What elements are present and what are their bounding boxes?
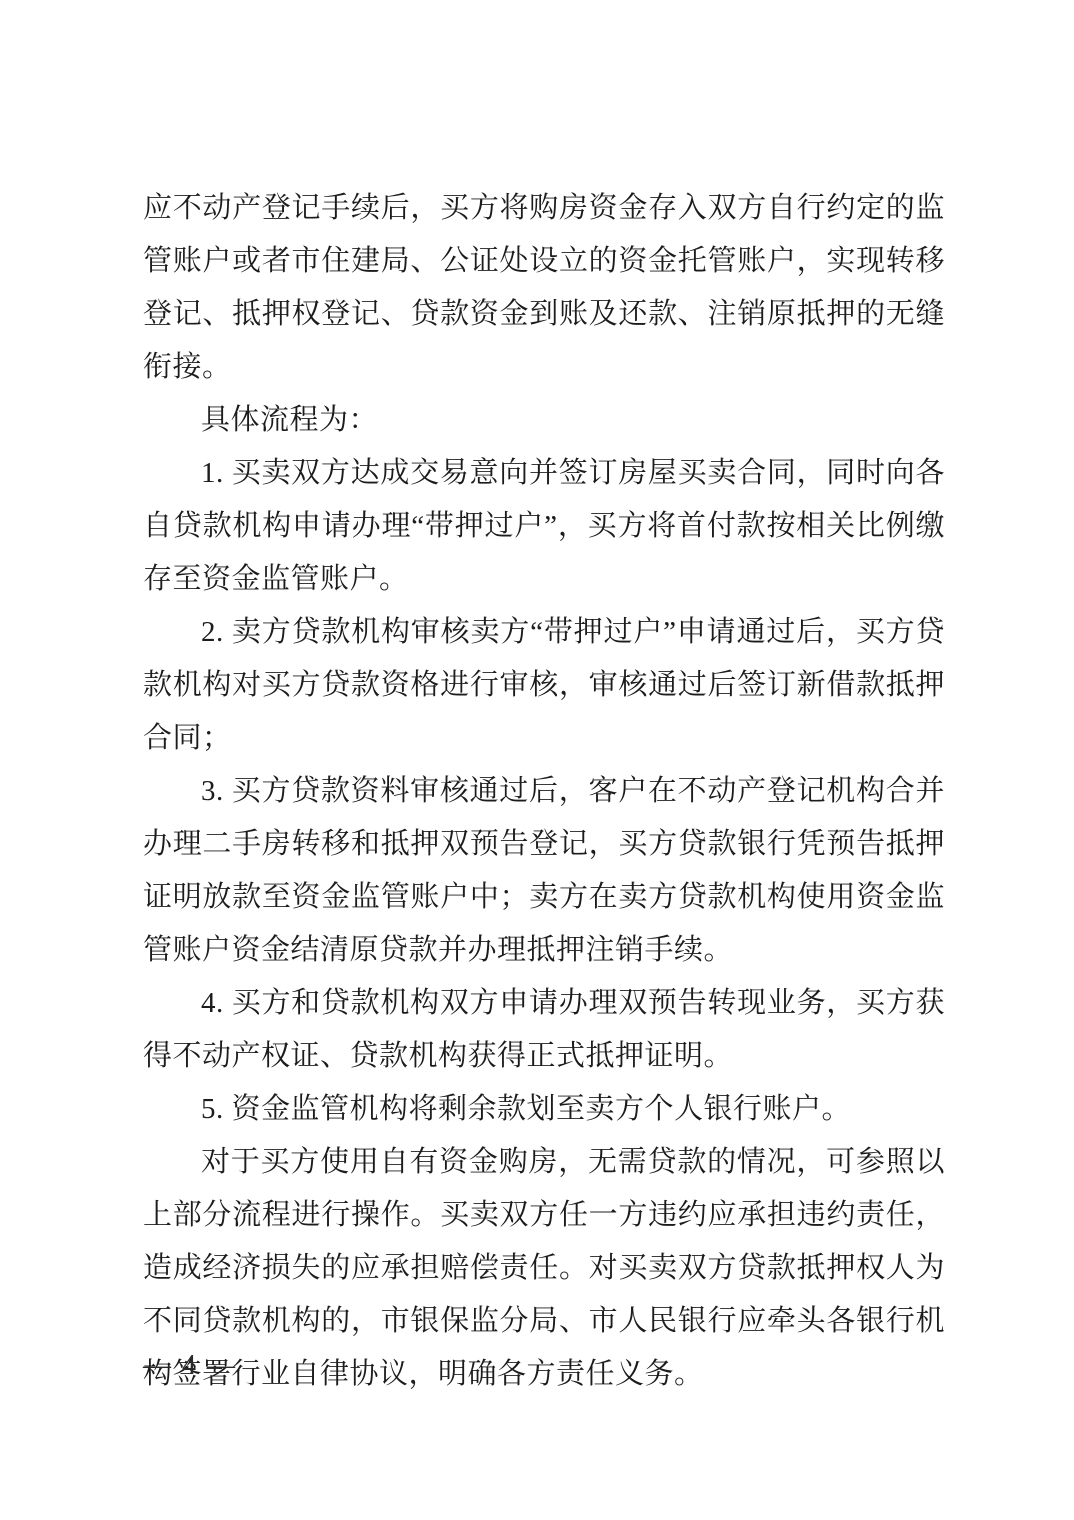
paragraph-step-5: 5. 资金监管机构将剩余款划至卖方个人银行账户。: [143, 1083, 945, 1136]
paragraph-continuation: 应不动产登记手续后，买方将购房资金存入双方自行约定的监管账户或者市住建局、公证处…: [143, 182, 945, 394]
paragraph-step-3: 3. 买方贷款资料审核通过后，客户在不动产登记机构合并办理二手房转移和抵押双预告…: [143, 765, 945, 977]
paragraph-step-1: 1. 买卖双方达成交易意向并签订房屋买卖合同，同时向各自贷款机构申请办理“带押过…: [143, 447, 945, 606]
paragraph-step-4: 4. 买方和贷款机构双方申请办理双预告转现业务，买方获得不动产权证、贷款机构获得…: [143, 977, 945, 1083]
paragraph-step-2: 2. 卖方贷款机构审核卖方“带押过户”申请通过后，买方贷款机构对买方贷款资格进行…: [143, 606, 945, 765]
page-footer: — 4 —: [143, 1346, 237, 1386]
document-body: 应不动产登记手续后，买方将购房资金存入双方自行约定的监管账户或者市住建局、公证处…: [143, 182, 945, 1401]
paragraph-process-intro: 具体流程为：: [143, 394, 945, 447]
page-number: — 4 —: [143, 1350, 237, 1381]
document-page: 应不动产登记手续后，买方将购房资金存入双方自行约定的监管账户或者市住建局、公证处…: [0, 0, 1074, 1520]
paragraph-closing: 对于买方使用自有资金购房，无需贷款的情况，可参照以上部分流程进行操作。买卖双方任…: [143, 1136, 945, 1401]
